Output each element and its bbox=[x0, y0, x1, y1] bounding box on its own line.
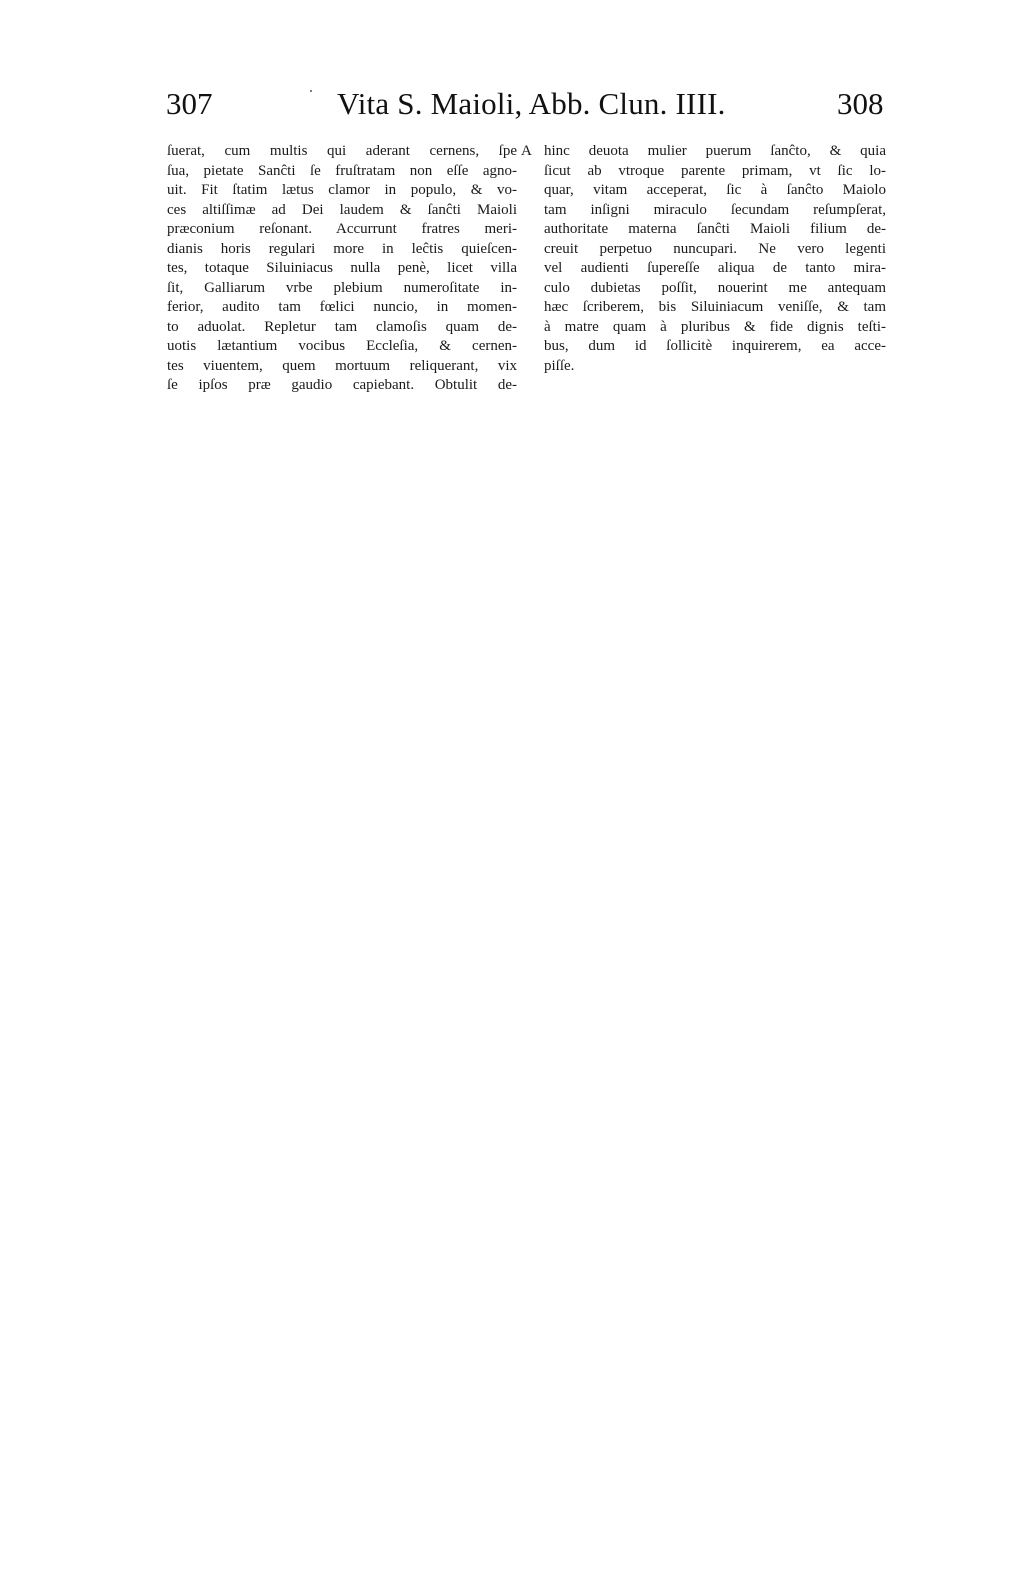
text-line: hinc deuota mulier puerum ſanĉto, & quia bbox=[544, 142, 886, 162]
text-line: uotis lætantium vocibus Eccleſia, & cern… bbox=[167, 337, 517, 357]
text-line: piſſe. bbox=[544, 357, 886, 377]
page-number-left: 307 bbox=[166, 84, 213, 124]
text-line: ces altiſſimæ ad Dei laudem & ſanĉti Mai… bbox=[167, 201, 517, 221]
text-line: ſicut ab vtroque parente primam, vt ſic … bbox=[544, 162, 886, 182]
text-line: bus, dum id ſollicitè inquirerem, ea acc… bbox=[544, 337, 886, 357]
left-column: ſuerat, cum multis qui aderant cernens, … bbox=[167, 142, 517, 396]
text-line: à matre quam à pluribus & fide dignis te… bbox=[544, 318, 886, 338]
text-line: creuit perpetuo nuncupari. Ne vero legen… bbox=[544, 240, 886, 260]
text-line: præconium reſonant. Accurrunt fratres me… bbox=[167, 220, 517, 240]
text-line: quar, vitam acceperat, ſic à ſanĉto Maio… bbox=[544, 181, 886, 201]
text-line: ferior, audito tam fœlici nuncio, in mom… bbox=[167, 298, 517, 318]
text-line: authoritate materna ſanĉti Maioli filium… bbox=[544, 220, 886, 240]
text-line: ſit, Galliarum vrbe plebium numeroſitate… bbox=[167, 279, 517, 299]
text-line: dianis horis regulari more in leĉtis qui… bbox=[167, 240, 517, 260]
text-line: tes viuentem, quem mortuum reliquerant, … bbox=[167, 357, 517, 377]
text-line: to aduolat. Repletur tam clamoſis quam d… bbox=[167, 318, 517, 338]
text-line: tes, totaque Siluiniacus nulla penè, lic… bbox=[167, 259, 517, 279]
text-line: uit. Fit ſtatim lætus clamor in populo, … bbox=[167, 181, 517, 201]
margin-letter: A bbox=[521, 142, 532, 162]
text-line: culo dubietas poſſit, nouerint me antequ… bbox=[544, 279, 886, 299]
text-line: ſuerat, cum multis qui aderant cernens, … bbox=[167, 142, 517, 162]
right-column: hinc deuota mulier puerum ſanĉto, & quia… bbox=[544, 142, 886, 376]
print-speck bbox=[310, 90, 312, 92]
text-line: hæc ſcriberem, bis Siluiniacum veniſſe, … bbox=[544, 298, 886, 318]
text-line: vel audienti ſupereſſe aliqua de tanto m… bbox=[544, 259, 886, 279]
text-line: ſua, pietate Sanĉti ſe fruſtratam non eſ… bbox=[167, 162, 517, 182]
page-number-right: 308 bbox=[837, 84, 884, 124]
running-title: Vita S. Maioli, Abb. Clun. IIII. bbox=[337, 84, 726, 124]
text-line: ſe ipſos præ gaudio capiebant. Obtulit d… bbox=[167, 376, 517, 396]
text-line: tam inſigni miraculo ſecundam reſumpſera… bbox=[544, 201, 886, 221]
